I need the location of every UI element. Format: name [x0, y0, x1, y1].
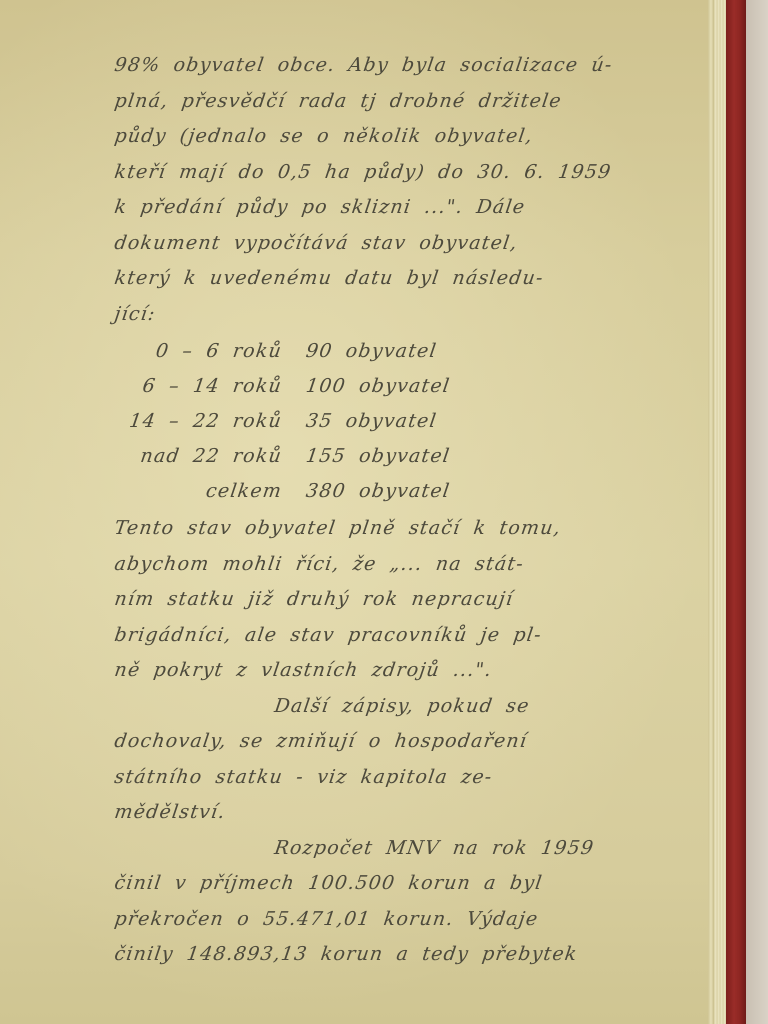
text-line: ně pokryt z vlastních zdrojů ...". — [112, 653, 587, 689]
text-line: půdy (jednalo se o několik obyvatel, — [112, 119, 587, 155]
book-page: 98% obyvatel obce. Aby byla socializace … — [0, 0, 712, 1024]
text-line: k předání půdy po sklizni ...". Dále — [112, 190, 587, 226]
table-row: 0 – 6 roků 90 obyvatel — [110, 334, 585, 369]
text-line: mědělství. — [112, 795, 587, 831]
table-row: 6 – 14 roků 100 obyvatel — [110, 369, 585, 404]
population-count: 90 obyvatel — [304, 334, 509, 369]
paragraph-3: Další zápisy, pokud se dochovaly, se zmi… — [112, 689, 582, 831]
age-range: 0 – 6 roků — [110, 334, 309, 369]
background-surface — [746, 0, 768, 1024]
text-line: činily 148.893,13 korun a tedy přebytek — [112, 937, 587, 973]
paragraph-1: 98% obyvatel obce. Aby byla socializace … — [112, 48, 582, 332]
handwritten-text: 98% obyvatel obce. Aby byla socializace … — [112, 48, 582, 973]
text-line: státního statku - viz kapitola ze- — [112, 760, 587, 796]
text-line: 98% obyvatel obce. Aby byla socializace … — [112, 48, 587, 84]
text-line: který k uvedenému datu byl následu- — [112, 261, 587, 297]
book-photo: 98% obyvatel obce. Aby byla socializace … — [0, 0, 768, 1024]
age-range: 14 – 22 roků — [110, 404, 309, 439]
text-line: ním statku již druhý rok nepracují — [112, 582, 587, 618]
text-line: jící: — [112, 297, 587, 333]
text-line: překročen o 55.471,01 korun. Výdaje — [112, 902, 587, 938]
text-line: Tento stav obyvatel plně stačí k tomu, — [112, 511, 587, 547]
table-row: nad 22 roků 155 obyvatel — [110, 439, 585, 474]
age-range: nad 22 roků — [110, 439, 309, 474]
total-count: 380 obyvatel — [304, 474, 509, 509]
text-line: Další zápisy, pokud se — [112, 689, 587, 725]
page-stack-edges — [714, 0, 726, 1024]
text-line: Rozpočet MNV na rok 1959 — [112, 831, 587, 867]
table-total-row: celkem 380 obyvatel — [110, 474, 585, 509]
paragraph-4: Rozpočet MNV na rok 1959 činil v příjmec… — [112, 831, 582, 973]
population-count: 155 obyvatel — [304, 439, 509, 474]
text-line: plná, přesvědčí rada tj drobné držitele — [112, 84, 587, 120]
age-range: 6 – 14 roků — [110, 369, 309, 404]
table-row: 14 – 22 roků 35 obyvatel — [110, 404, 585, 439]
text-line: brigádníci, ale stav pracovníků je pl- — [112, 618, 587, 654]
population-count: 35 obyvatel — [304, 404, 509, 439]
text-line: kteří mají do 0,5 ha půdy) do 30. 6. 195… — [112, 155, 587, 191]
text-line: činil v příjmech 100.500 korun a byl — [112, 866, 587, 902]
total-label: celkem — [110, 474, 309, 509]
population-table: 0 – 6 roků 90 obyvatel 6 – 14 roků 100 o… — [112, 334, 582, 509]
population-count: 100 obyvatel — [304, 369, 509, 404]
text-line: dochovaly, se zmiňují o hospodaření — [112, 724, 587, 760]
paragraph-2: Tento stav obyvatel plně stačí k tomu, a… — [112, 511, 582, 689]
text-line: abychom mohli říci, že „... na stát- — [112, 547, 587, 583]
book-cover-binding — [726, 0, 746, 1024]
text-line: dokument vypočítává stav obyvatel, — [112, 226, 587, 262]
